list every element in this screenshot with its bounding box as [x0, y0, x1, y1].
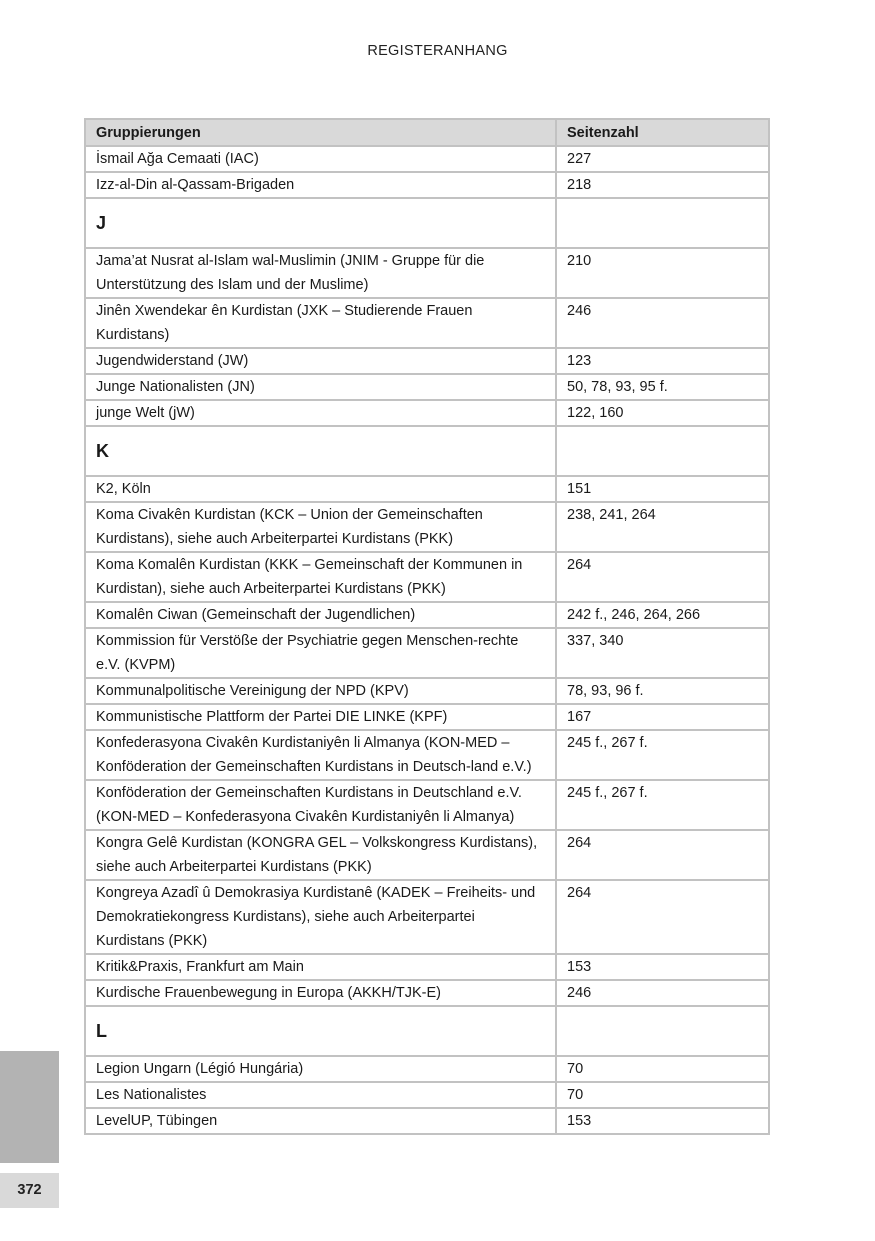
group-name: Kritik&Praxis, Frankfurt am Main — [85, 954, 556, 980]
page-references: 227 — [556, 146, 769, 172]
group-name: Kommunalpolitische Vereinigung der NPD (… — [85, 678, 556, 704]
page-references: 245 f., 267 f. — [556, 730, 769, 780]
group-name: Jinên Xwendekar ên Kurdistan (JXK – Stud… — [85, 298, 556, 348]
page-references: 242 f., 246, 264, 266 — [556, 602, 769, 628]
table-row: Konfederasyona Civakên Kurdistaniyên li … — [85, 730, 769, 780]
group-name: junge Welt (jW) — [85, 400, 556, 426]
page-references: 167 — [556, 704, 769, 730]
page-references: 151 — [556, 476, 769, 502]
group-name: Kommunistische Plattform der Partei DIE … — [85, 704, 556, 730]
page-number: 372 — [0, 1173, 59, 1208]
table-row: Jama’at Nusrat al-Islam wal-Muslimin (JN… — [85, 248, 769, 298]
letter-divider-row: L — [85, 1006, 769, 1056]
page-references: 218 — [556, 172, 769, 198]
page-references: 264 — [556, 880, 769, 954]
table-row: Jugendwiderstand (JW)123 — [85, 348, 769, 374]
group-name: Koma Civakên Kurdistan (KCK – Union der … — [85, 502, 556, 552]
table-row: İsmail Ağa Cemaati (IAC)227 — [85, 146, 769, 172]
group-name: Konföderation der Gemeinschaften Kurdist… — [85, 780, 556, 830]
group-name: Kommission für Verstöße der Psychiatrie … — [85, 628, 556, 678]
table-body: İsmail Ağa Cemaati (IAC)227Izz-al-Din al… — [85, 146, 769, 1134]
column-header-pages: Seitenzahl — [556, 119, 769, 146]
page-references: 153 — [556, 1108, 769, 1134]
table-row: Konföderation der Gemeinschaften Kurdist… — [85, 780, 769, 830]
page-references: 153 — [556, 954, 769, 980]
page-references: 78, 93, 96 f. — [556, 678, 769, 704]
page-references — [556, 426, 769, 476]
table-row: Kongra Gelê Kurdistan (KONGRA GEL – Volk… — [85, 830, 769, 880]
table-row: Kritik&Praxis, Frankfurt am Main153 — [85, 954, 769, 980]
section-letter: K — [85, 426, 556, 476]
group-name: Komalên Ciwan (Gemeinschaft der Jugendli… — [85, 602, 556, 628]
section-letter: J — [85, 198, 556, 248]
running-head: REGISTERANHANG — [0, 43, 875, 59]
group-name: K2, Köln — [85, 476, 556, 502]
group-name: Les Nationalistes — [85, 1082, 556, 1108]
column-header-groups: Gruppierungen — [85, 119, 556, 146]
page-references: 264 — [556, 552, 769, 602]
table-row: Kurdische Frauenbewegung in Europa (AKKH… — [85, 980, 769, 1006]
table-row: Komalên Ciwan (Gemeinschaft der Jugendli… — [85, 602, 769, 628]
group-name: Jugendwiderstand (JW) — [85, 348, 556, 374]
page-references: 70 — [556, 1082, 769, 1108]
group-name: Konfederasyona Civakên Kurdistaniyên li … — [85, 730, 556, 780]
register-table: Gruppierungen Seitenzahl İsmail Ağa Cema… — [84, 118, 770, 1135]
page-references — [556, 1006, 769, 1056]
table-row: Jinên Xwendekar ên Kurdistan (JXK – Stud… — [85, 298, 769, 348]
chapter-side-tab — [0, 1051, 59, 1163]
table-row: Kommunalpolitische Vereinigung der NPD (… — [85, 678, 769, 704]
table-row: Legion Ungarn (Légió Hungária)70 — [85, 1056, 769, 1082]
page-references: 210 — [556, 248, 769, 298]
table-row: K2, Köln151 — [85, 476, 769, 502]
page-references: 246 — [556, 980, 769, 1006]
table-row: LevelUP, Tübingen153 — [85, 1108, 769, 1134]
group-name: Jama’at Nusrat al-Islam wal-Muslimin (JN… — [85, 248, 556, 298]
table-row: Kommunistische Plattform der Partei DIE … — [85, 704, 769, 730]
page-references: 50, 78, 93, 95 f. — [556, 374, 769, 400]
group-name: Kongreya Azadî û Demokrasiya Kurdistanê … — [85, 880, 556, 954]
group-name: Izz-al-Din al-Qassam-Brigaden — [85, 172, 556, 198]
table-row: Kommission für Verstöße der Psychiatrie … — [85, 628, 769, 678]
section-letter: L — [85, 1006, 556, 1056]
page-references: 245 f., 267 f. — [556, 780, 769, 830]
table-row: Kongreya Azadî û Demokrasiya Kurdistanê … — [85, 880, 769, 954]
page-references: 122, 160 — [556, 400, 769, 426]
page-references: 264 — [556, 830, 769, 880]
table-row: Izz-al-Din al-Qassam-Brigaden218 — [85, 172, 769, 198]
group-name: Koma Komalên Kurdistan (KKK – Gemeinscha… — [85, 552, 556, 602]
page-references — [556, 198, 769, 248]
page-references: 70 — [556, 1056, 769, 1082]
letter-divider-row: J — [85, 198, 769, 248]
page-references: 123 — [556, 348, 769, 374]
group-name: İsmail Ağa Cemaati (IAC) — [85, 146, 556, 172]
page-references: 246 — [556, 298, 769, 348]
table-header-row: Gruppierungen Seitenzahl — [85, 119, 769, 146]
letter-divider-row: K — [85, 426, 769, 476]
group-name: Junge Nationalisten (JN) — [85, 374, 556, 400]
group-name: LevelUP, Tübingen — [85, 1108, 556, 1134]
table-row: Junge Nationalisten (JN)50, 78, 93, 95 f… — [85, 374, 769, 400]
table-row: Koma Civakên Kurdistan (KCK – Union der … — [85, 502, 769, 552]
table-row: junge Welt (jW)122, 160 — [85, 400, 769, 426]
table-row: Koma Komalên Kurdistan (KKK – Gemeinscha… — [85, 552, 769, 602]
group-name: Kurdische Frauenbewegung in Europa (AKKH… — [85, 980, 556, 1006]
group-name: Legion Ungarn (Légió Hungária) — [85, 1056, 556, 1082]
page-references: 337, 340 — [556, 628, 769, 678]
group-name: Kongra Gelê Kurdistan (KONGRA GEL – Volk… — [85, 830, 556, 880]
page-references: 238, 241, 264 — [556, 502, 769, 552]
table-row: Les Nationalistes70 — [85, 1082, 769, 1108]
